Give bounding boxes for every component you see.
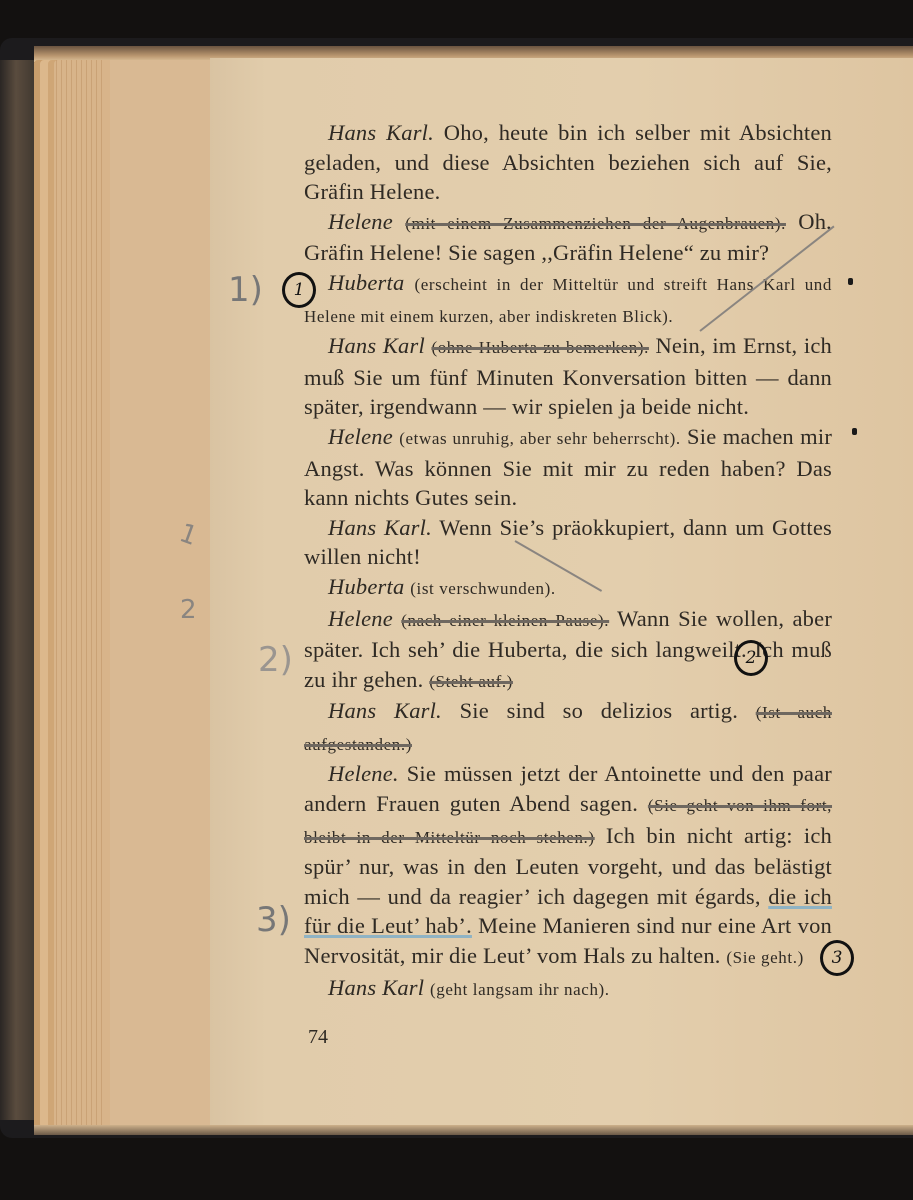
margin-note-3: 3) bbox=[256, 900, 291, 940]
left-blank-page bbox=[110, 60, 214, 1130]
stage-direction: (Sie geht.) bbox=[726, 948, 803, 967]
speaker-name: Helene bbox=[328, 606, 393, 631]
speaker-name: Hans Karl. bbox=[328, 515, 432, 540]
paragraph: Hans Karl (ohne Huberta zu bemerken). Ne… bbox=[304, 331, 832, 422]
speaker-name: Hans Karl. bbox=[328, 698, 442, 723]
far-margin-note-2: 2 bbox=[180, 595, 197, 625]
stage-direction: (ist verschwunden). bbox=[410, 579, 555, 598]
ink-mark bbox=[848, 278, 853, 285]
stage-direction: (geht langsam ihr nach). bbox=[430, 980, 610, 999]
stage-direction: (etwas unruhig, aber sehr beherrscht). bbox=[399, 429, 681, 448]
paragraph: Helene (etwas unruhig, aber sehr beherrs… bbox=[304, 422, 832, 513]
circled-marker-2: 2 bbox=[734, 640, 768, 676]
paragraph: Huberta (erscheint in der Mitteltür und … bbox=[304, 268, 832, 331]
paragraph: Hans Karl. Wenn Sie’s präokkupiert, dann… bbox=[304, 513, 832, 572]
speaker-name: Huberta bbox=[328, 574, 404, 599]
page-bottom-edge bbox=[34, 1125, 913, 1135]
paragraph: Hans Karl (geht langsam ihr nach). bbox=[304, 973, 832, 1005]
page-text: Hans Karl. Oho, heute bin ich selber mit… bbox=[304, 118, 832, 1004]
speaker-name: Helene. bbox=[328, 761, 399, 786]
speaker-name: Hans Karl. bbox=[328, 120, 434, 145]
margin-note-1: 1) bbox=[228, 270, 263, 310]
paragraph: Hans Karl. Oho, heute bin ich selber mit… bbox=[304, 118, 832, 207]
page-number: 74 bbox=[308, 1026, 328, 1049]
stage-direction: (nach einer kleinen Pause). bbox=[401, 611, 609, 630]
paragraph: Huberta (ist verschwunden). bbox=[304, 572, 832, 604]
stage-direction: (mit einem Zusammenziehen der Augenbraue… bbox=[405, 214, 786, 233]
speaker-name: Huberta bbox=[328, 270, 404, 295]
speaker-name: Hans Karl bbox=[328, 975, 424, 1000]
circled-marker-1: 1 bbox=[282, 272, 316, 308]
stage-direction: (ohne Huberta zu bemerken). bbox=[431, 338, 649, 357]
speaker-name: Helene bbox=[328, 209, 393, 234]
ink-mark bbox=[852, 428, 857, 435]
paragraph: Hans Karl. Sie sind so delizios artig. (… bbox=[304, 696, 832, 759]
paragraph: Helene. Sie müssen jetzt der Antoinette … bbox=[304, 759, 832, 972]
margin-note-2: 2) bbox=[258, 640, 293, 680]
speaker-name: Hans Karl bbox=[328, 333, 425, 358]
page-edges bbox=[56, 60, 106, 1130]
stage-direction: (Steht auf.) bbox=[429, 672, 513, 691]
paragraph: Helene (mit einem Zusammenziehen der Aug… bbox=[304, 207, 832, 268]
speech: Sie sind so delizios artig. bbox=[460, 698, 738, 723]
circled-marker-3: 3 bbox=[820, 940, 854, 976]
speaker-name: Helene bbox=[328, 424, 393, 449]
